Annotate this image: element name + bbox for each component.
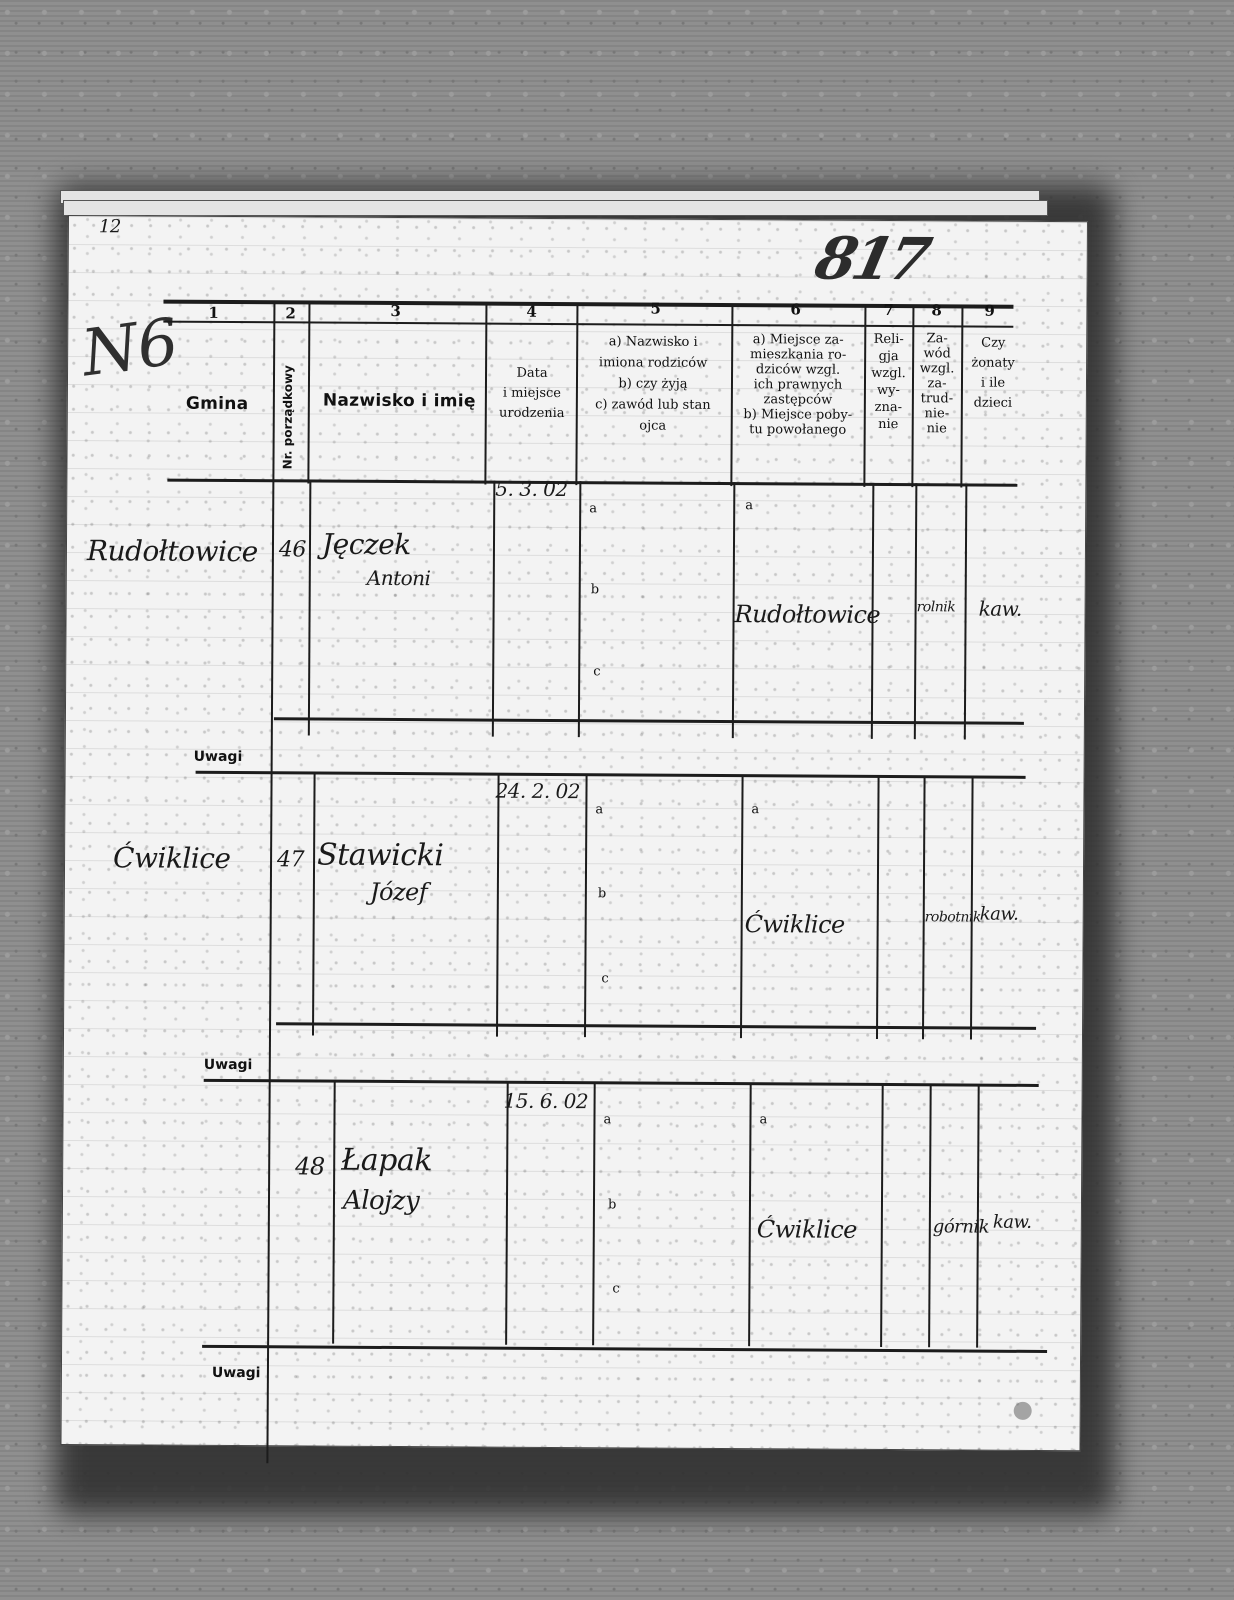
header-line: wzgl. (865, 365, 912, 382)
col-sep (928, 1085, 932, 1347)
header-line: nie- (913, 406, 961, 421)
entry-given-name: Alojzy (343, 1186, 419, 1216)
col-number-2: 2 (285, 304, 296, 322)
header-line: mieszkania ro- (732, 347, 864, 363)
entry-given-name: Józef (370, 878, 427, 906)
corner-mark: 12 (99, 216, 121, 237)
entry-residence: Rudołtowice (734, 600, 880, 629)
entry-nr: 48 (295, 1152, 325, 1180)
header-line: i ile (963, 373, 1023, 393)
col-sep (307, 303, 310, 483)
col-sep (876, 777, 880, 1039)
header-line: trud- (913, 391, 961, 406)
subrow-label-a: a (603, 1112, 611, 1127)
entry-surname: Jęczek (322, 528, 411, 562)
col-sep (922, 777, 926, 1039)
header-line: a) Nazwisko i (574, 331, 732, 353)
ink-smudge (1014, 1402, 1032, 1420)
col-sep (312, 774, 316, 1036)
subrow-label-b: b (598, 886, 606, 901)
col-sep (748, 1084, 752, 1346)
sheet-stack-edge (63, 200, 1048, 216)
col-number-8: 8 (931, 301, 942, 319)
entry-surname: Łapak (341, 1143, 432, 1179)
header-line: ich prawnych (732, 377, 864, 393)
col-sep (505, 1083, 509, 1345)
entry-given-name: Antoni (367, 566, 431, 590)
header-occupation: Za- wód wzgl. za- trud- nie- nie (913, 331, 962, 436)
residence-label-a: a (751, 802, 759, 817)
remarks-label: Uwagi (212, 1365, 261, 1381)
header-line: nie (913, 421, 961, 436)
subrow-label-a: a (589, 501, 597, 516)
entry-marital: kaw. (993, 1212, 1032, 1233)
col-sep (308, 479, 312, 735)
entry-nr: 47 (277, 847, 304, 872)
header-bottom-rule (167, 479, 1017, 487)
residence-label-a: a (745, 498, 753, 513)
header-line: b) czy żyją (574, 373, 732, 395)
col-number-9: 9 (984, 302, 995, 320)
entry-marital: kaw. (979, 597, 1022, 621)
col-number-5: 5 (650, 300, 661, 318)
header-line: Czy (963, 333, 1023, 353)
header-line: c) zawód lub stan (574, 394, 732, 416)
header-line: ojca (574, 415, 732, 437)
entry-residence: Ćwiklice (745, 910, 845, 939)
entry-bottom-rule (202, 1345, 1047, 1353)
entry-birth-date: 5. 3. 02 (495, 477, 567, 501)
header-line: wód (913, 346, 961, 361)
entry-occupation: robotnik (925, 909, 981, 925)
col-number-3: 3 (390, 302, 401, 320)
header-religion: Reli- gja wzgl. wy- zna- nie (865, 331, 913, 433)
header-birth: Data i miejsce urodzenia (488, 364, 576, 425)
header-parents: a) Nazwisko i imiona rodziców b) czy żyj… (574, 331, 733, 437)
entry-nr: 46 (279, 537, 306, 562)
col-sep (578, 481, 582, 737)
remarks-label: Uwagi (194, 749, 243, 765)
header-line: zastępców (732, 392, 864, 408)
header-line: tu powołanego (732, 422, 864, 438)
entry-birth-date: 24. 2. 02 (495, 779, 580, 804)
subrow-label-b: b (608, 1197, 616, 1212)
header-line: a) Miejsce za- (732, 332, 864, 348)
header-line: nie (865, 416, 912, 433)
header-line: b) Miejsce poby- (732, 407, 864, 423)
remarks-bottom-rule (204, 1079, 1039, 1087)
remarks-label: Uwagi (204, 1057, 253, 1073)
col-sep (492, 481, 496, 737)
register-page: 12 817 N6 1 2 3 4 5 6 7 8 9 Gmina Nr. po… (60, 215, 1087, 1451)
entry-bottom-rule (274, 717, 1024, 725)
header-line: urodzenia (488, 404, 576, 425)
header-line: dziców wzgl. (732, 362, 864, 378)
header-line: imiona rodziców (574, 352, 732, 374)
col-number-1: 1 (208, 304, 219, 322)
col-sep (740, 776, 744, 1038)
header-line: zna- (865, 399, 912, 416)
col-number-6: 6 (790, 300, 801, 318)
entry-occupation: górnik (933, 1216, 989, 1237)
col-sep (496, 775, 500, 1037)
col-sep (266, 303, 275, 1463)
col-sep (880, 1085, 884, 1347)
remarks-bottom-rule (196, 771, 1026, 779)
subrow-label-c: c (612, 1281, 619, 1296)
col-sep (332, 1082, 336, 1344)
header-line: Data (488, 364, 576, 385)
header-residence: a) Miejsce za- mieszkania ro- dziców wzg… (732, 332, 865, 438)
col-sep (964, 483, 968, 739)
entry-residence: Ćwiklice (757, 1215, 857, 1244)
col-number-7: 7 (883, 301, 894, 319)
header-line: Reli- (865, 331, 912, 348)
residence-label-a: a (759, 1112, 767, 1127)
subrow-label-c: c (601, 971, 608, 986)
header-line: gja (865, 348, 912, 365)
header-line: wy- (865, 382, 912, 399)
entry-surname: Stawicki (317, 838, 444, 874)
header-line: za- (913, 376, 961, 391)
header-nr-porzadkowy: Nr. porządkowy (280, 365, 295, 469)
entry-occupation: rolnik (917, 599, 956, 615)
subrow-label-b: b (591, 582, 599, 597)
header-line: Za- (913, 331, 961, 346)
header-gmina: Gmina (186, 394, 249, 414)
subrow-label-a: a (595, 802, 603, 817)
header-line: wzgl. (913, 361, 961, 376)
col-sep (584, 775, 588, 1037)
col-sep (592, 1083, 596, 1345)
sheet-number: 817 (809, 225, 933, 294)
subrow-label-c: c (593, 664, 600, 679)
header-line: i miejsce (488, 384, 576, 405)
entry-birth-date: 15. 6. 02 (504, 1089, 589, 1114)
header-line: dzieci (963, 393, 1023, 413)
side-annotation: N6 (78, 305, 183, 391)
header-line: żonaty (963, 353, 1023, 373)
entry-gmina: Ćwiklice (113, 841, 231, 875)
header-nazwisko-imie: Nazwisko i imię (323, 391, 476, 412)
col-number-4: 4 (526, 303, 537, 321)
entry-gmina: Rudołtowice (87, 534, 258, 568)
entry-marital: kaw. (980, 904, 1019, 925)
header-marital: Czy żonaty i ile dzieci (963, 333, 1023, 413)
